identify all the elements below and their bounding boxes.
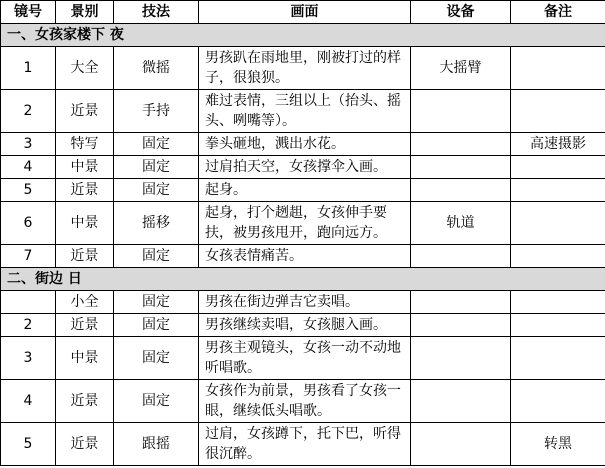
shot-size-cell: 近景 (56, 314, 114, 337)
technique-cell: 固定 (114, 380, 199, 423)
shot-number-cell: 4 (1, 380, 56, 423)
shot-size-cell: 近景 (56, 179, 114, 202)
equipment-cell (411, 90, 511, 133)
shot-number-cell: 2 (1, 314, 56, 337)
shot-size-cell: 近景 (56, 423, 114, 466)
shot-number-cell: 5 (1, 423, 56, 466)
remark-cell: 高速摄影 (511, 133, 605, 156)
technique-cell: 固定 (114, 314, 199, 337)
shot-number-cell: 4 (1, 156, 56, 179)
picture-cell: 起身。 (199, 179, 411, 202)
technique-cell: 微摇 (114, 47, 199, 90)
shot-number-cell: 3 (1, 337, 56, 380)
section-title: 二、街边 日 (1, 268, 605, 291)
equipment-cell: 轨道 (411, 202, 511, 245)
remark-cell (511, 291, 605, 314)
remark-cell (511, 47, 605, 90)
shot-size-cell: 近景 (56, 245, 114, 268)
table-row: 5近景跟摇过肩，女孩蹲下，托下巴，听得很沉醉。转黑 (1, 423, 605, 466)
shot-number-cell: 1 (1, 47, 56, 90)
table-header-row: 镜号 景别 技法 画面 设备 备注 (1, 1, 605, 24)
shot-size-cell: 近景 (56, 380, 114, 423)
table-row: 3中景固定男孩主观镜头，女孩一动不动地听唱歌。 (1, 337, 605, 380)
equipment-cell (411, 245, 511, 268)
remark-cell (511, 337, 605, 380)
technique-cell: 跟摇 (114, 423, 199, 466)
equipment-cell (411, 156, 511, 179)
table-row: 7近景固定女孩表情痛苦。 (1, 245, 605, 268)
technique-cell: 固定 (114, 179, 199, 202)
section-title: 一、女孩家楼下 夜 (1, 24, 605, 47)
technique-cell: 摇移 (114, 202, 199, 245)
col-header-shot-number: 镜号 (1, 1, 56, 24)
table-row: 小全固定男孩在街边弹吉它卖唱。 (1, 291, 605, 314)
picture-cell: 起身，打个趔趄，女孩伸手要扶，被男孩甩开，跑向远方。 (199, 202, 411, 245)
equipment-cell (411, 423, 511, 466)
shot-size-cell: 中景 (56, 202, 114, 245)
technique-cell: 固定 (114, 133, 199, 156)
col-header-technique: 技法 (114, 1, 199, 24)
shot-size-cell: 特写 (56, 133, 114, 156)
picture-cell: 难过表情，三组以上（抬头、摇头、咧嘴等）。 (199, 90, 411, 133)
storyboard-table: 镜号 景别 技法 画面 设备 备注 一、女孩家楼下 夜1大全微摇男孩趴在雨地里，… (0, 0, 605, 466)
equipment-cell (411, 291, 511, 314)
col-header-equipment: 设备 (411, 1, 511, 24)
technique-cell: 固定 (114, 337, 199, 380)
equipment-cell (411, 133, 511, 156)
remark-cell (511, 245, 605, 268)
shot-number-cell: 7 (1, 245, 56, 268)
shot-number-cell: 5 (1, 179, 56, 202)
picture-cell: 女孩作为前景，男孩看了女孩一眼，继续低头唱歌。 (199, 380, 411, 423)
shot-size-cell: 中景 (56, 156, 114, 179)
remark-cell (511, 380, 605, 423)
equipment-cell (411, 380, 511, 423)
shot-size-cell: 小全 (56, 291, 114, 314)
remark-cell (511, 179, 605, 202)
remark-cell (511, 202, 605, 245)
technique-cell: 固定 (114, 156, 199, 179)
table-row: 6中景摇移起身，打个趔趄，女孩伸手要扶，被男孩甩开，跑向远方。轨道 (1, 202, 605, 245)
technique-cell: 固定 (114, 291, 199, 314)
col-header-frame: 画面 (199, 1, 411, 24)
picture-cell: 男孩主观镜头，女孩一动不动地听唱歌。 (199, 337, 411, 380)
shot-size-cell: 近景 (56, 90, 114, 133)
col-header-shot-size: 景别 (56, 1, 114, 24)
picture-cell: 女孩表情痛苦。 (199, 245, 411, 268)
table-row: 4近景固定女孩作为前景，男孩看了女孩一眼，继续低头唱歌。 (1, 380, 605, 423)
shot-number-cell: 6 (1, 202, 56, 245)
shot-number-cell: 3 (1, 133, 56, 156)
equipment-cell (411, 179, 511, 202)
section-header-row: 一、女孩家楼下 夜 (1, 24, 605, 47)
shot-number-cell (1, 291, 56, 314)
remark-cell (511, 314, 605, 337)
shot-size-cell: 大全 (56, 47, 114, 90)
picture-cell: 过肩拍天空，女孩撑伞入画。 (199, 156, 411, 179)
table-row: 3特写固定拳头砸地，溅出水花。高速摄影 (1, 133, 605, 156)
picture-cell: 男孩趴在雨地里，刚被打过的样子，很狼狈。 (199, 47, 411, 90)
table-row: 4中景固定过肩拍天空，女孩撑伞入画。 (1, 156, 605, 179)
table-row: 2近景固定男孩继续卖唱，女孩腿入画。 (1, 314, 605, 337)
equipment-cell (411, 314, 511, 337)
col-header-remarks: 备注 (511, 1, 605, 24)
table-row: 2近景手持难过表情，三组以上（抬头、摇头、咧嘴等）。 (1, 90, 605, 133)
picture-cell: 男孩在街边弹吉它卖唱。 (199, 291, 411, 314)
remark-cell (511, 90, 605, 133)
picture-cell: 拳头砸地，溅出水花。 (199, 133, 411, 156)
shot-size-cell: 中景 (56, 337, 114, 380)
remark-cell (511, 156, 605, 179)
technique-cell: 手持 (114, 90, 199, 133)
table-row: 5近景固定起身。 (1, 179, 605, 202)
picture-cell: 男孩继续卖唱，女孩腿入画。 (199, 314, 411, 337)
shot-number-cell: 2 (1, 90, 56, 133)
technique-cell: 固定 (114, 245, 199, 268)
table-row: 1大全微摇男孩趴在雨地里，刚被打过的样子，很狼狈。大摇臂 (1, 47, 605, 90)
storyboard-body: 一、女孩家楼下 夜1大全微摇男孩趴在雨地里，刚被打过的样子，很狼狈。大摇臂2近景… (1, 24, 605, 466)
remark-cell: 转黑 (511, 423, 605, 466)
equipment-cell: 大摇臂 (411, 47, 511, 90)
section-header-row: 二、街边 日 (1, 268, 605, 291)
picture-cell: 过肩，女孩蹲下，托下巴，听得很沉醉。 (199, 423, 411, 466)
equipment-cell (411, 337, 511, 380)
